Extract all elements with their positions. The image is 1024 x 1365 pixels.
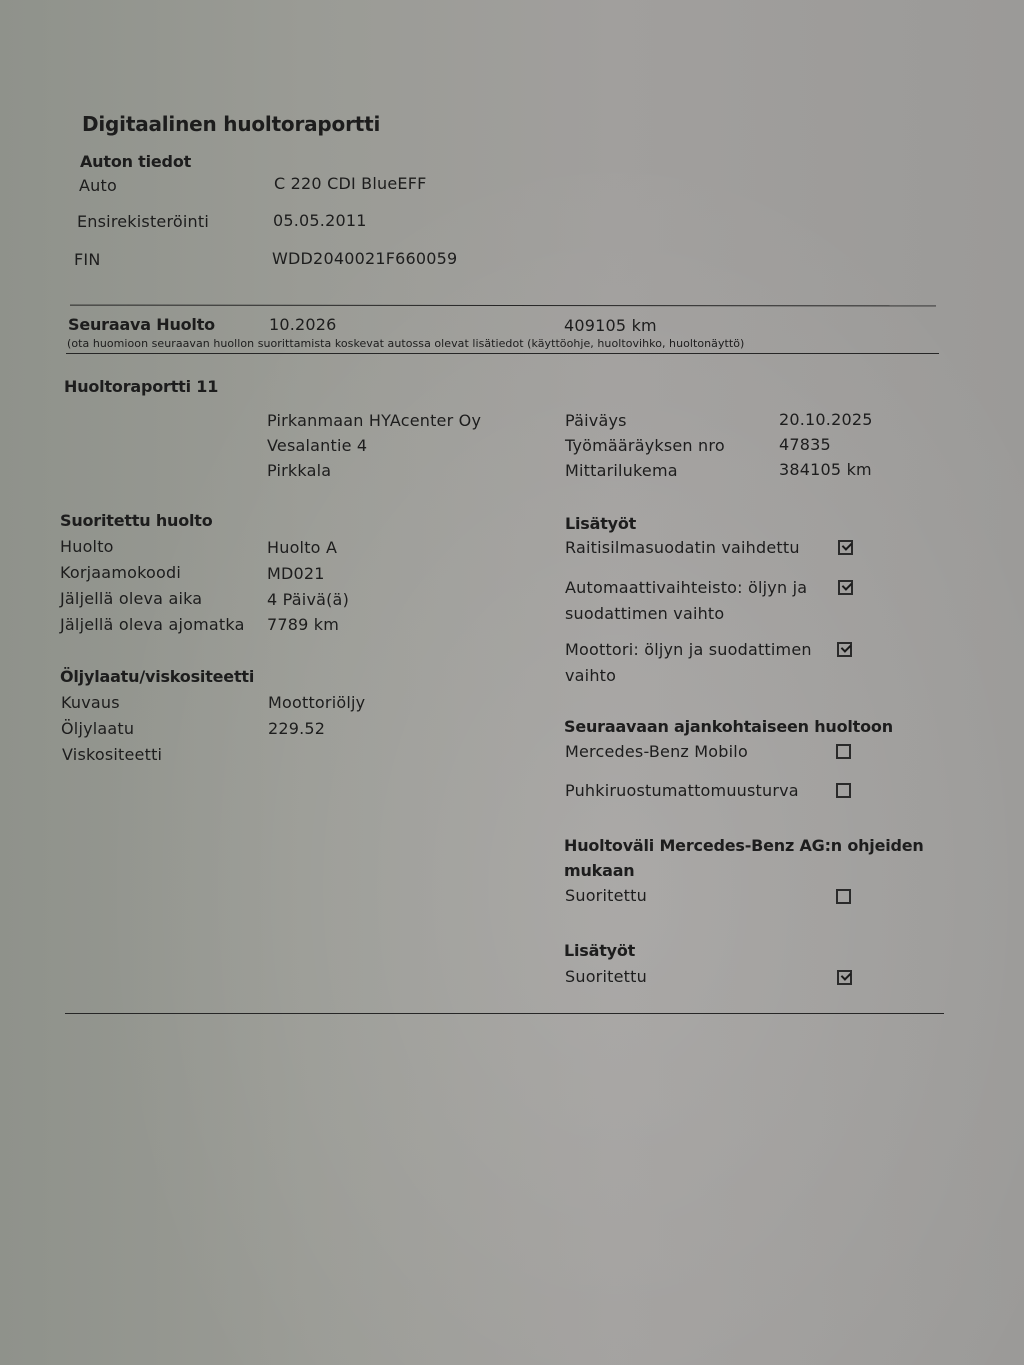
next-service-date: 10.2026 [269, 315, 337, 334]
additional-work-item-1: Raitisilmasuodatin vaihdettu [565, 538, 800, 557]
performed-value-service: Huolto A [267, 538, 337, 557]
report-value-odometer: 384105 km [779, 460, 872, 479]
performed-service-heading: Suoritettu huolto [60, 511, 213, 530]
checkbox-engine-oil-filter[interactable] [837, 642, 852, 657]
service-interval-heading-line2: mukaan [564, 861, 635, 880]
checkmark-icon [842, 580, 853, 591]
oil-label-description: Kuvaus [61, 693, 120, 712]
vehicle-heading: Auton tiedot [80, 152, 191, 171]
checkbox-additional-work-done[interactable] [837, 970, 852, 985]
report-label-odometer: Mittarilukema [565, 461, 678, 480]
workshop-street: Vesalantie 4 [267, 436, 367, 455]
checkmark-icon [842, 540, 853, 551]
additional-work-item-3-line1: Moottori: öljyn ja suodattimen [565, 640, 812, 659]
oil-label-viscosity: Viskositeetti [62, 745, 162, 764]
divider-bottom [65, 1013, 944, 1014]
service-report-page: Digitaalinen huoltoraportti Auton tiedot… [0, 0, 1024, 1365]
workshop-city: Pirkkala [267, 461, 331, 480]
document-title: Digitaalinen huoltoraportti [82, 112, 380, 136]
report-value-date: 20.10.2025 [779, 410, 873, 429]
checkbox-fresh-air-filter[interactable] [838, 540, 853, 555]
next-service-note: (ota huomioon seuraavan huollon suoritta… [67, 337, 744, 350]
performed-label-code: Korjaamokoodi [60, 563, 181, 582]
divider-top [70, 305, 936, 307]
checkbox-automatic-transmission[interactable] [838, 580, 853, 595]
service-interval-item: Suoritettu [565, 886, 647, 905]
performed-value-distance-left: 7789 km [267, 615, 339, 634]
workshop-name: Pirkanmaan HYAcenter Oy [267, 411, 481, 430]
report-value-work-order: 47835 [779, 435, 831, 454]
service-interval-heading-line1: Huoltoväli Mercedes-Benz AG:n ohjeiden [564, 836, 924, 855]
checkmark-icon [841, 642, 852, 653]
vehicle-label-auto: Auto [79, 176, 117, 195]
additional-work-heading: Lisätyöt [565, 514, 636, 533]
report-label-work-order: Työmääräyksen nro [565, 436, 725, 455]
divider-next-service [66, 353, 939, 354]
vehicle-label-fin: FIN [74, 250, 101, 269]
vehicle-value-auto: C 220 CDI BlueEFF [274, 174, 427, 193]
oil-value-quality: 229.52 [268, 719, 325, 738]
report-label-date: Päiväys [565, 411, 627, 430]
next-service-label: Seuraava Huolto [68, 315, 215, 334]
performed-value-time-left: 4 Päivä(ä) [267, 590, 349, 609]
performed-value-code: MD021 [267, 564, 325, 583]
oil-heading: Öljylaatu/viskositeetti [60, 667, 254, 686]
additional-work-item-3-line2: vaihto [565, 666, 616, 685]
checkmark-icon [841, 970, 852, 981]
additional-work-done-heading: Lisätyöt [564, 941, 635, 960]
next-service-mileage: 409105 km [564, 316, 657, 335]
vehicle-value-registration: 05.05.2011 [273, 211, 367, 230]
performed-label-distance-left: Jäljellä oleva ajomatka [60, 615, 245, 634]
next-current-item-rust-protection: Puhkiruostumattomuusturva [565, 781, 799, 800]
checkbox-service-interval[interactable] [836, 889, 851, 904]
next-current-service-heading: Seuraavaan ajankohtaiseen huoltoon [564, 717, 893, 736]
report-heading: Huoltoraportti 11 [64, 377, 218, 396]
oil-label-quality: Öljylaatu [61, 719, 134, 738]
performed-label-time-left: Jäljellä oleva aika [60, 589, 202, 608]
oil-value-description: Moottoriöljy [268, 693, 365, 712]
vehicle-label-registration: Ensirekisteröinti [77, 212, 209, 231]
additional-work-done-item: Suoritettu [565, 967, 647, 986]
additional-work-item-2-line2: suodattimen vaihto [565, 604, 724, 623]
checkbox-rust-protection[interactable] [836, 783, 851, 798]
checkbox-mobilo[interactable] [836, 744, 851, 759]
next-current-item-mobilo: Mercedes-Benz Mobilo [565, 742, 748, 761]
vehicle-value-fin: WDD2040021F660059 [272, 249, 457, 268]
additional-work-item-2-line1: Automaattivaihteisto: öljyn ja [565, 578, 807, 597]
performed-label-service: Huolto [60, 537, 114, 556]
